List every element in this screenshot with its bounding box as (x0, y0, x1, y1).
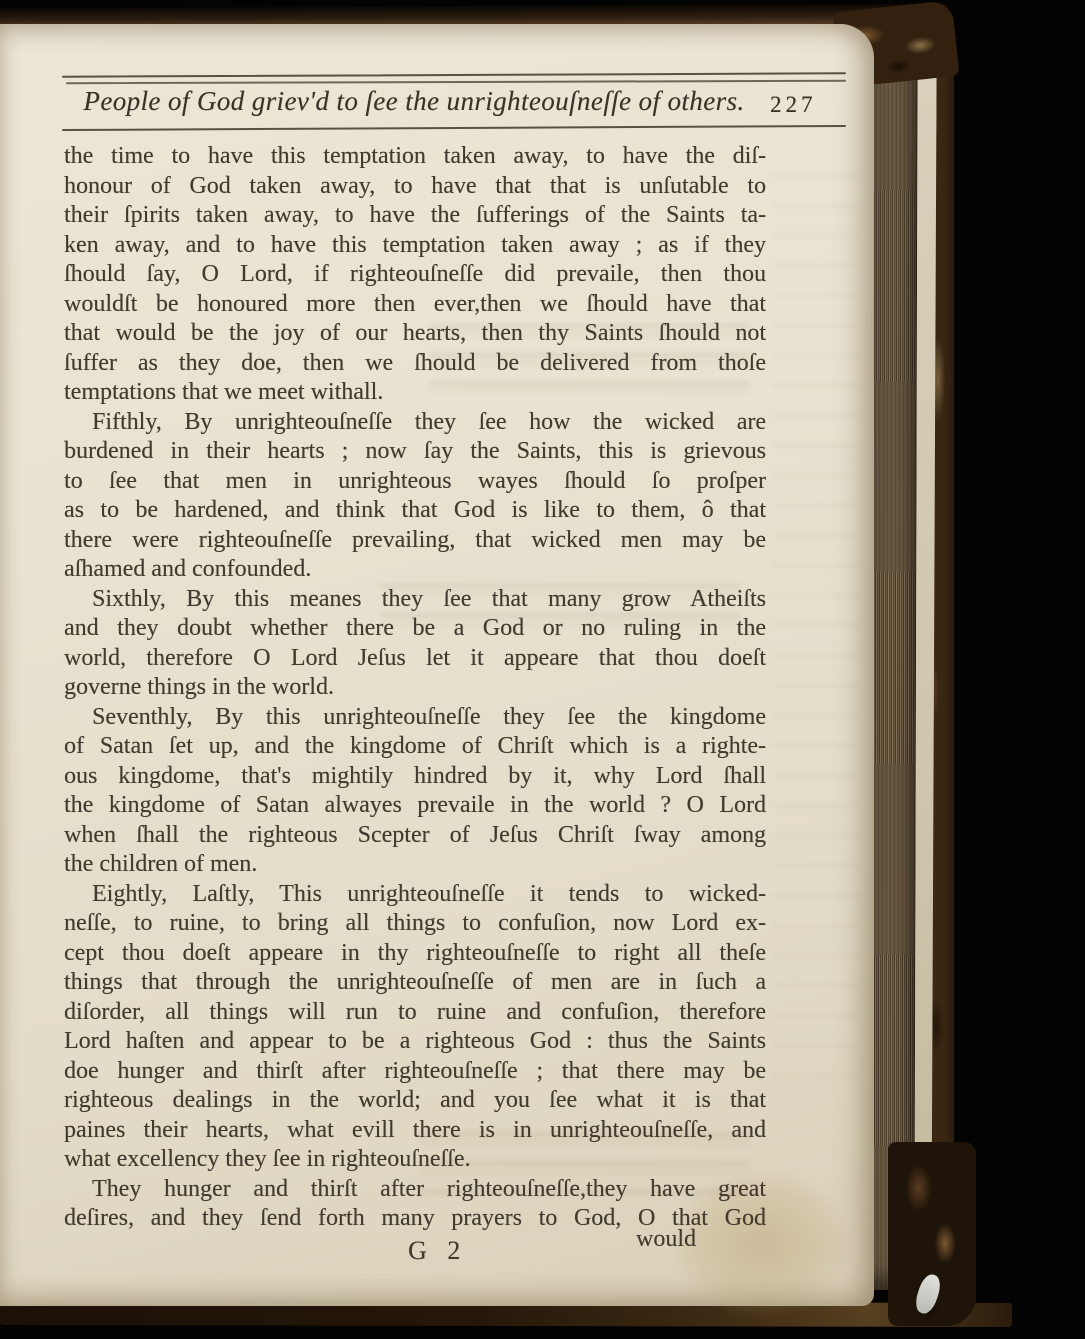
catchword: would (636, 1226, 696, 1253)
text-line: ſuffer as they doe, then we ſhould be de… (64, 349, 766, 379)
text-line: things that through the unrighteouſneſſe… (64, 968, 766, 998)
text-line: righteous dealings in the world; and you… (64, 1086, 766, 1116)
book-cover-corner-bottom (888, 1142, 976, 1326)
text-line: that would be the joy of our hearts, the… (64, 319, 766, 349)
text-line: burdened in their hearts ; now ſay the S… (64, 437, 766, 467)
text-line: diſorder, all things will run to ruine a… (64, 998, 766, 1028)
text-line: They hunger and thirſt after righteouſne… (64, 1175, 766, 1205)
text-line: doe hunger and thirſt after righteouſneſ… (64, 1057, 766, 1087)
corner-highlight (912, 1272, 943, 1316)
ink-bleedthrough (772, 174, 860, 1094)
text-line: what excellency they ſee in righteouſneſ… (64, 1145, 766, 1175)
signature-mark: G 2 (408, 1236, 467, 1266)
text-line: their ſpirits taken away, to have the ſu… (64, 201, 766, 231)
header-rule-top-second (66, 80, 846, 84)
text-line: wouldſt be honoured more then ever,then … (64, 290, 766, 320)
book-page: People of God griev'd to ſee the unright… (0, 24, 874, 1306)
text-line: governe things in the world. (64, 673, 766, 703)
text-line: temptations that we meet withall. (64, 378, 766, 408)
text-line: to ſee that men in unrighteous wayes ſho… (64, 467, 766, 497)
text-line: there were righteouſneſſe prevailing, th… (64, 526, 766, 556)
text-line: when ſhall the righteous Scepter of Jeſu… (64, 821, 766, 851)
text-line: ſhould ſay, O Lord, if righteouſneſſe di… (64, 260, 766, 290)
text-line: ken away, and to have this temptation ta… (64, 231, 766, 261)
text-block: the time to have this temptation taken a… (64, 142, 766, 1234)
text-line: Fifthly, By unrighteouſneſſe they ſee ho… (64, 408, 766, 438)
text-line: and they doubt whether there be a God or… (64, 614, 766, 644)
text-line: neſſe, to ruine, to bring all things to … (64, 909, 766, 939)
text-line: honour of God taken away, to have that t… (64, 172, 766, 202)
header-rule-bottom (62, 125, 846, 131)
text-line: the kingdome of Satan alwayes prevaile i… (64, 791, 766, 821)
text-line: aſhamed and confounded. (64, 555, 766, 585)
text-line: as to be hardened, and think that God is… (64, 496, 766, 526)
text-line: of Satan ſet up, and the kingdome of Chr… (64, 732, 766, 762)
text-line: paines their hearts, what evill there is… (64, 1116, 766, 1146)
header-rule-top (62, 72, 846, 77)
text-line: world, therefore O Lord Jeſus let it app… (64, 644, 766, 674)
text-line: Lord haſten and appear to be a righteous… (64, 1027, 766, 1057)
text-line: Sixthly, By this meanes they ſee that ma… (64, 585, 766, 615)
page-number: 227 (770, 92, 817, 118)
text-line: the children of men. (64, 850, 766, 880)
running-title: People of God griev'd to ſee the unright… (64, 86, 764, 117)
text-line: Eightly, Laſtly, This unrighteouſneſſe i… (64, 880, 766, 910)
text-line: the time to have this temptation taken a… (64, 142, 766, 172)
text-line: ous kingdome, that's mightily hindred by… (64, 762, 766, 792)
text-line: cept thou doeſt appeare in thy righteouſ… (64, 939, 766, 969)
text-line: Seventhly, By this unrighteouſneſſe they… (64, 703, 766, 733)
